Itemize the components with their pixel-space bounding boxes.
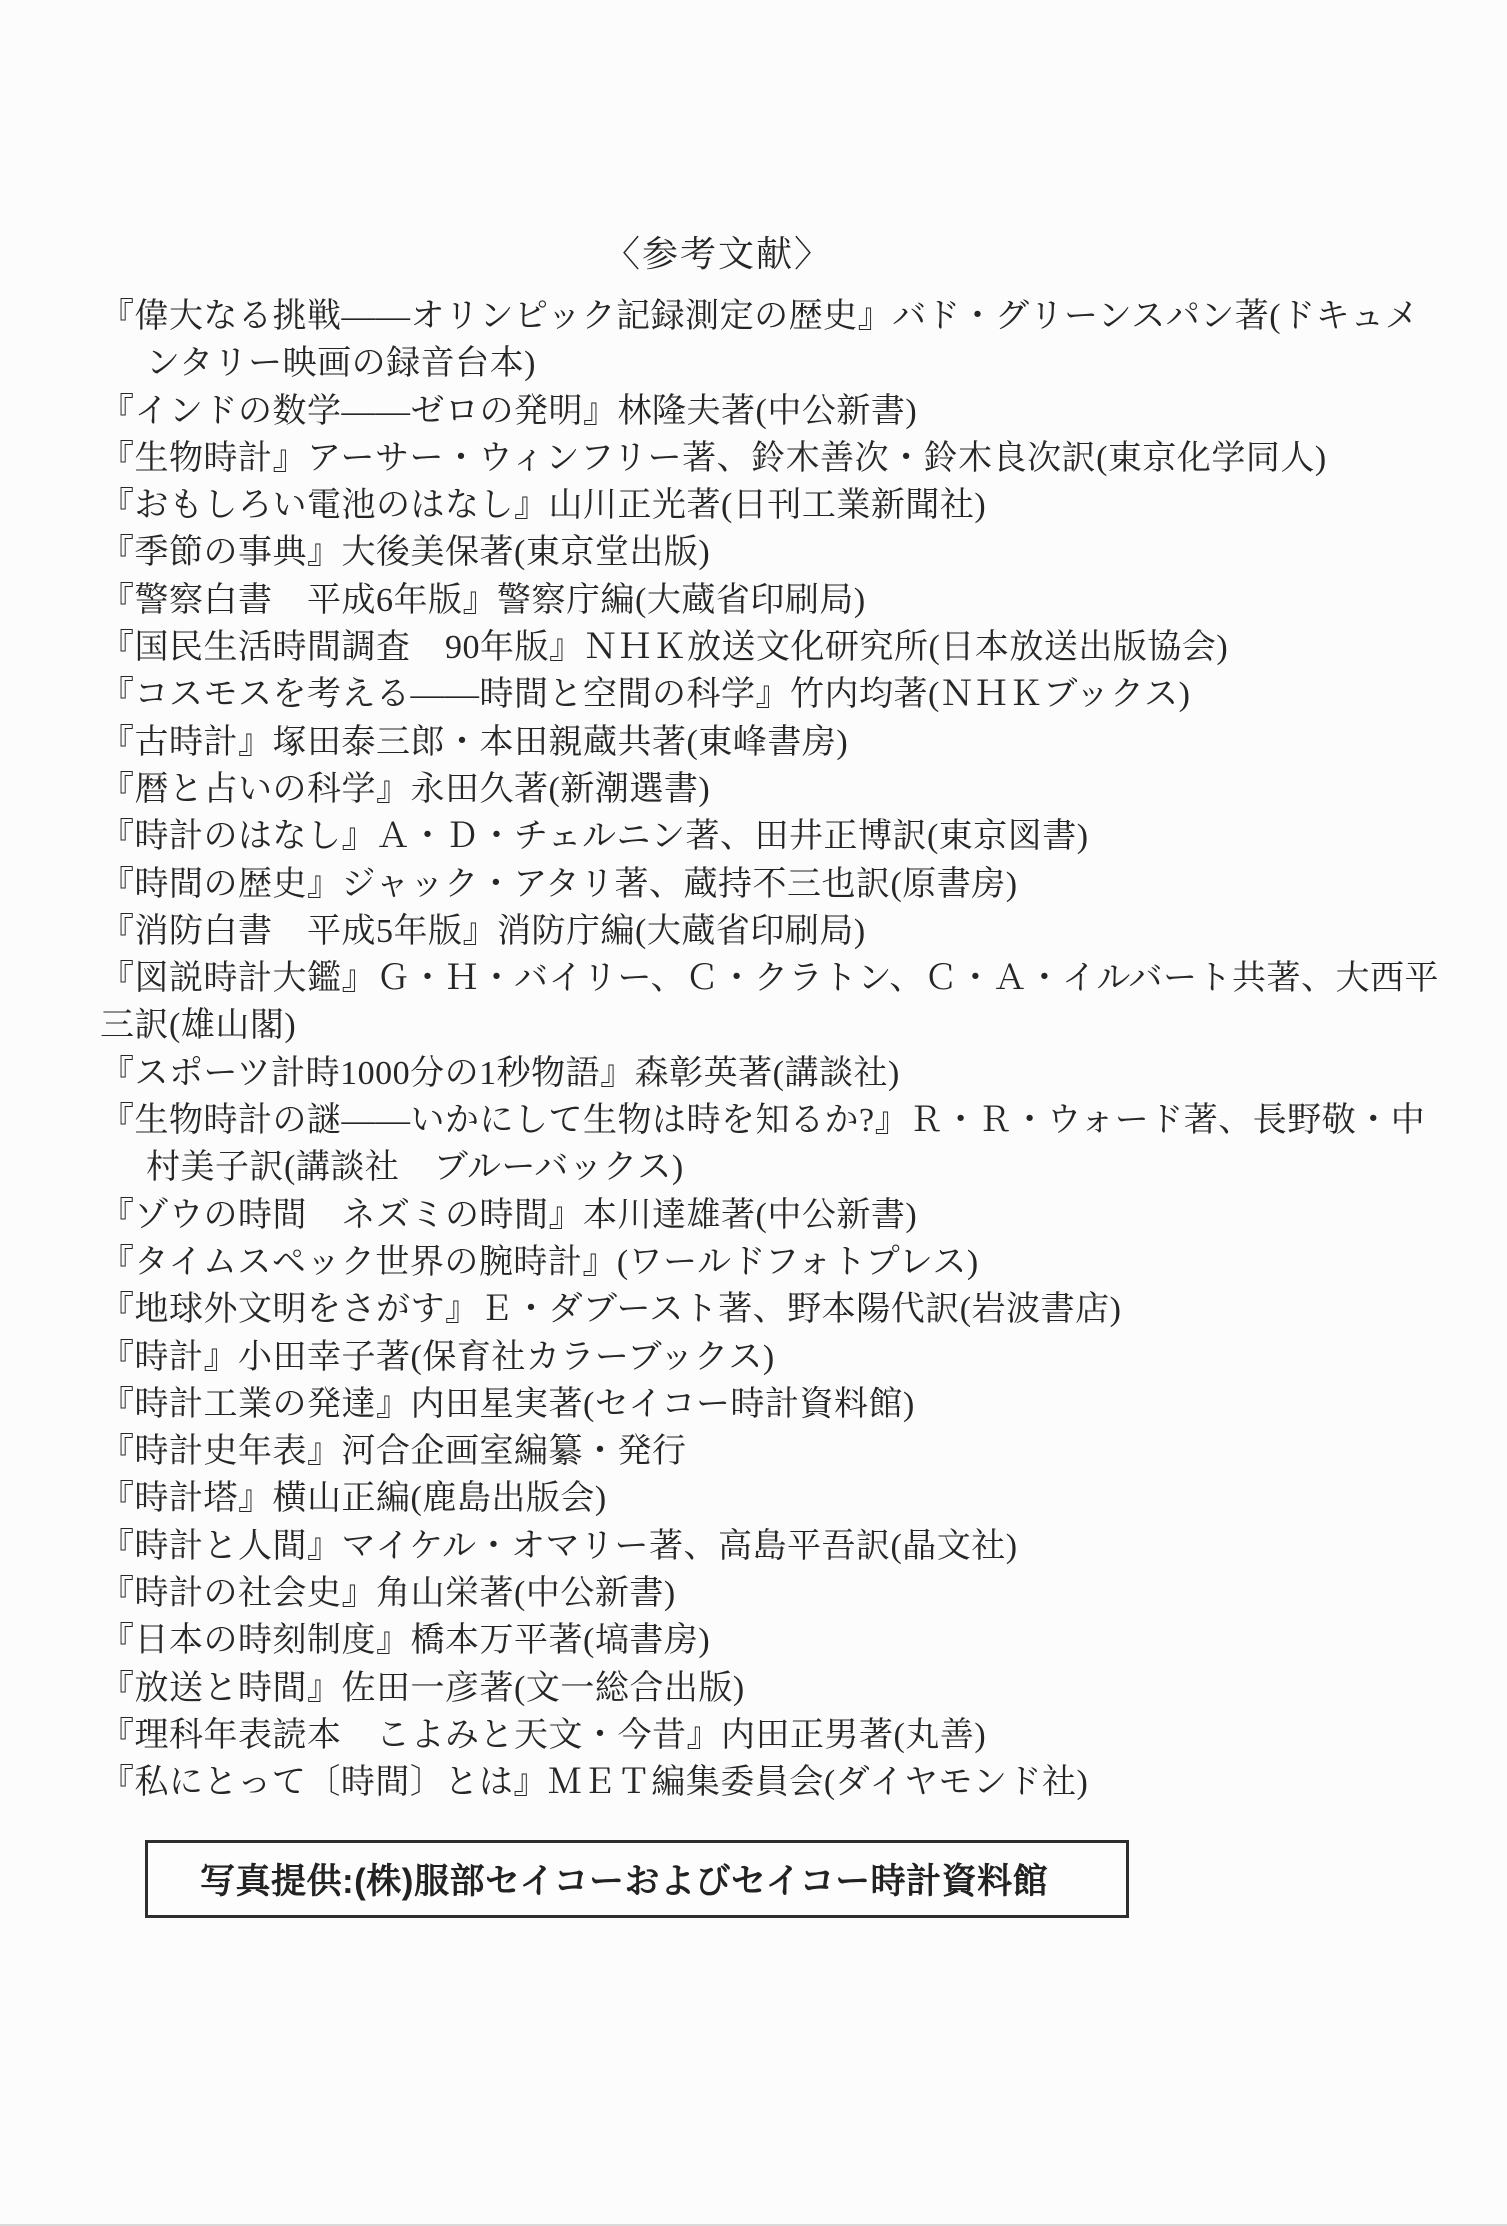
reference-line: 『時間の歴史』ジャック・アタリ著、蔵持不三也訳(原書房) [100,861,1460,908]
reference-line: ンタリー映画の録音台本) [100,340,1460,387]
reference-line: 『時計工業の発達』内田星実著(セイコー時計資料館) [100,1381,1460,1428]
reference-line: 『地球外文明をさがす』Ｅ・ダブースト著、野本陽代訳(岩波書店) [100,1286,1460,1333]
reference-line: 『図説時計大鑑』Ｇ・Ｈ・バイリー、Ｃ・クラトン、Ｃ・Ａ・イルバート共著、大西平 [100,955,1460,1002]
reference-line: 『偉大なる挑戦——オリンピック記録測定の歴史』バド・グリーンスパン著(ドキュメ [100,293,1460,340]
reference-line: 村美子訳(講談社 ブルーバックス) [100,1144,1460,1191]
reference-line: 『コスモスを考える——時間と空間の科学』竹内均著(ＮＨＫブックス) [100,671,1460,718]
reference-line: 『警察白書 平成6年版』警察庁編(大蔵省印刷局) [100,577,1460,624]
page-title: 〈参考文献〉 [0,226,1436,277]
scanned-bibliography-page: 〈参考文献〉 『偉大なる挑戦——オリンピック記録測定の歴史』バド・グリーンスパン… [0,0,1507,2226]
reference-line: 『暦と占いの科学』永田久著(新潮選書) [100,766,1460,813]
reference-line: 『時計の社会史』角山栄著(中公新書) [100,1570,1460,1617]
reference-line: 『スポーツ計時1000分の1秒物語』森彰英著(講談社) [100,1050,1460,1097]
reference-line: 『季節の事典』大後美保著(東京堂出版) [100,529,1460,576]
photo-credit-text: 写真提供:(株)服部セイコーおよびセイコー時計資料館 [200,1854,1048,1904]
reference-line: 『私にとって〔時間〕とは』ＭＥＴ編集委員会(ダイヤモンド社) [100,1759,1460,1806]
reference-line: 『時計』小田幸子著(保育社カラーブックス) [100,1334,1460,1381]
reference-line: 『ゾウの時間 ネズミの時間』本川達雄著(中公新書) [100,1192,1460,1239]
reference-line: 『時計のはなし』Ａ・Ｄ・チェルニン著、田井正博訳(東京図書) [100,813,1460,860]
reference-list: 『偉大なる挑戦——オリンピック記録測定の歴史』バド・グリーンスパン著(ドキュメン… [100,293,1460,1807]
reference-line: 『放送と時間』佐田一彦著(文一総合出版) [100,1665,1460,1712]
reference-line: 『時計史年表』河合企画室編纂・発行 [100,1428,1460,1475]
reference-line: 『理科年表読本 こよみと天文・今昔』内田正男著(丸善) [100,1712,1460,1759]
reference-line: 三訳(雄山閣) [100,1002,1460,1049]
reference-line: 『時計と人間』マイケル・オマリー著、高島平吾訳(晶文社) [100,1523,1460,1570]
photo-credit-box: 写真提供:(株)服部セイコーおよびセイコー時計資料館 [145,1840,1129,1918]
reference-line: 『おもしろい電池のはなし』山川正光著(日刊工業新聞社) [100,482,1460,529]
reference-line: 『インドの数学——ゼロの発明』林隆夫著(中公新書) [100,388,1460,435]
reference-line: 『生物時計』アーサー・ウィンフリー著、鈴木善次・鈴木良次訳(東京化学同人) [100,435,1460,482]
reference-line: 『日本の時刻制度』橋本万平著(塙書房) [100,1617,1460,1664]
reference-line: 『生物時計の謎——いかにして生物は時を知るか?』Ｒ・Ｒ・ウォード著、長野敬・中 [100,1097,1460,1144]
reference-line: 『古時計』塚田泰三郎・本田親蔵共著(東峰書房) [100,719,1460,766]
reference-line: 『国民生活時間調査 90年版』ＮＨＫ放送文化研究所(日本放送出版協会) [100,624,1460,671]
reference-line: 『タイムスペック世界の腕時計』(ワールドフォトプレス) [100,1239,1460,1286]
reference-line: 『時計塔』横山正編(鹿島出版会) [100,1475,1460,1522]
reference-line: 『消防白書 平成5年版』消防庁編(大蔵省印刷局) [100,908,1460,955]
